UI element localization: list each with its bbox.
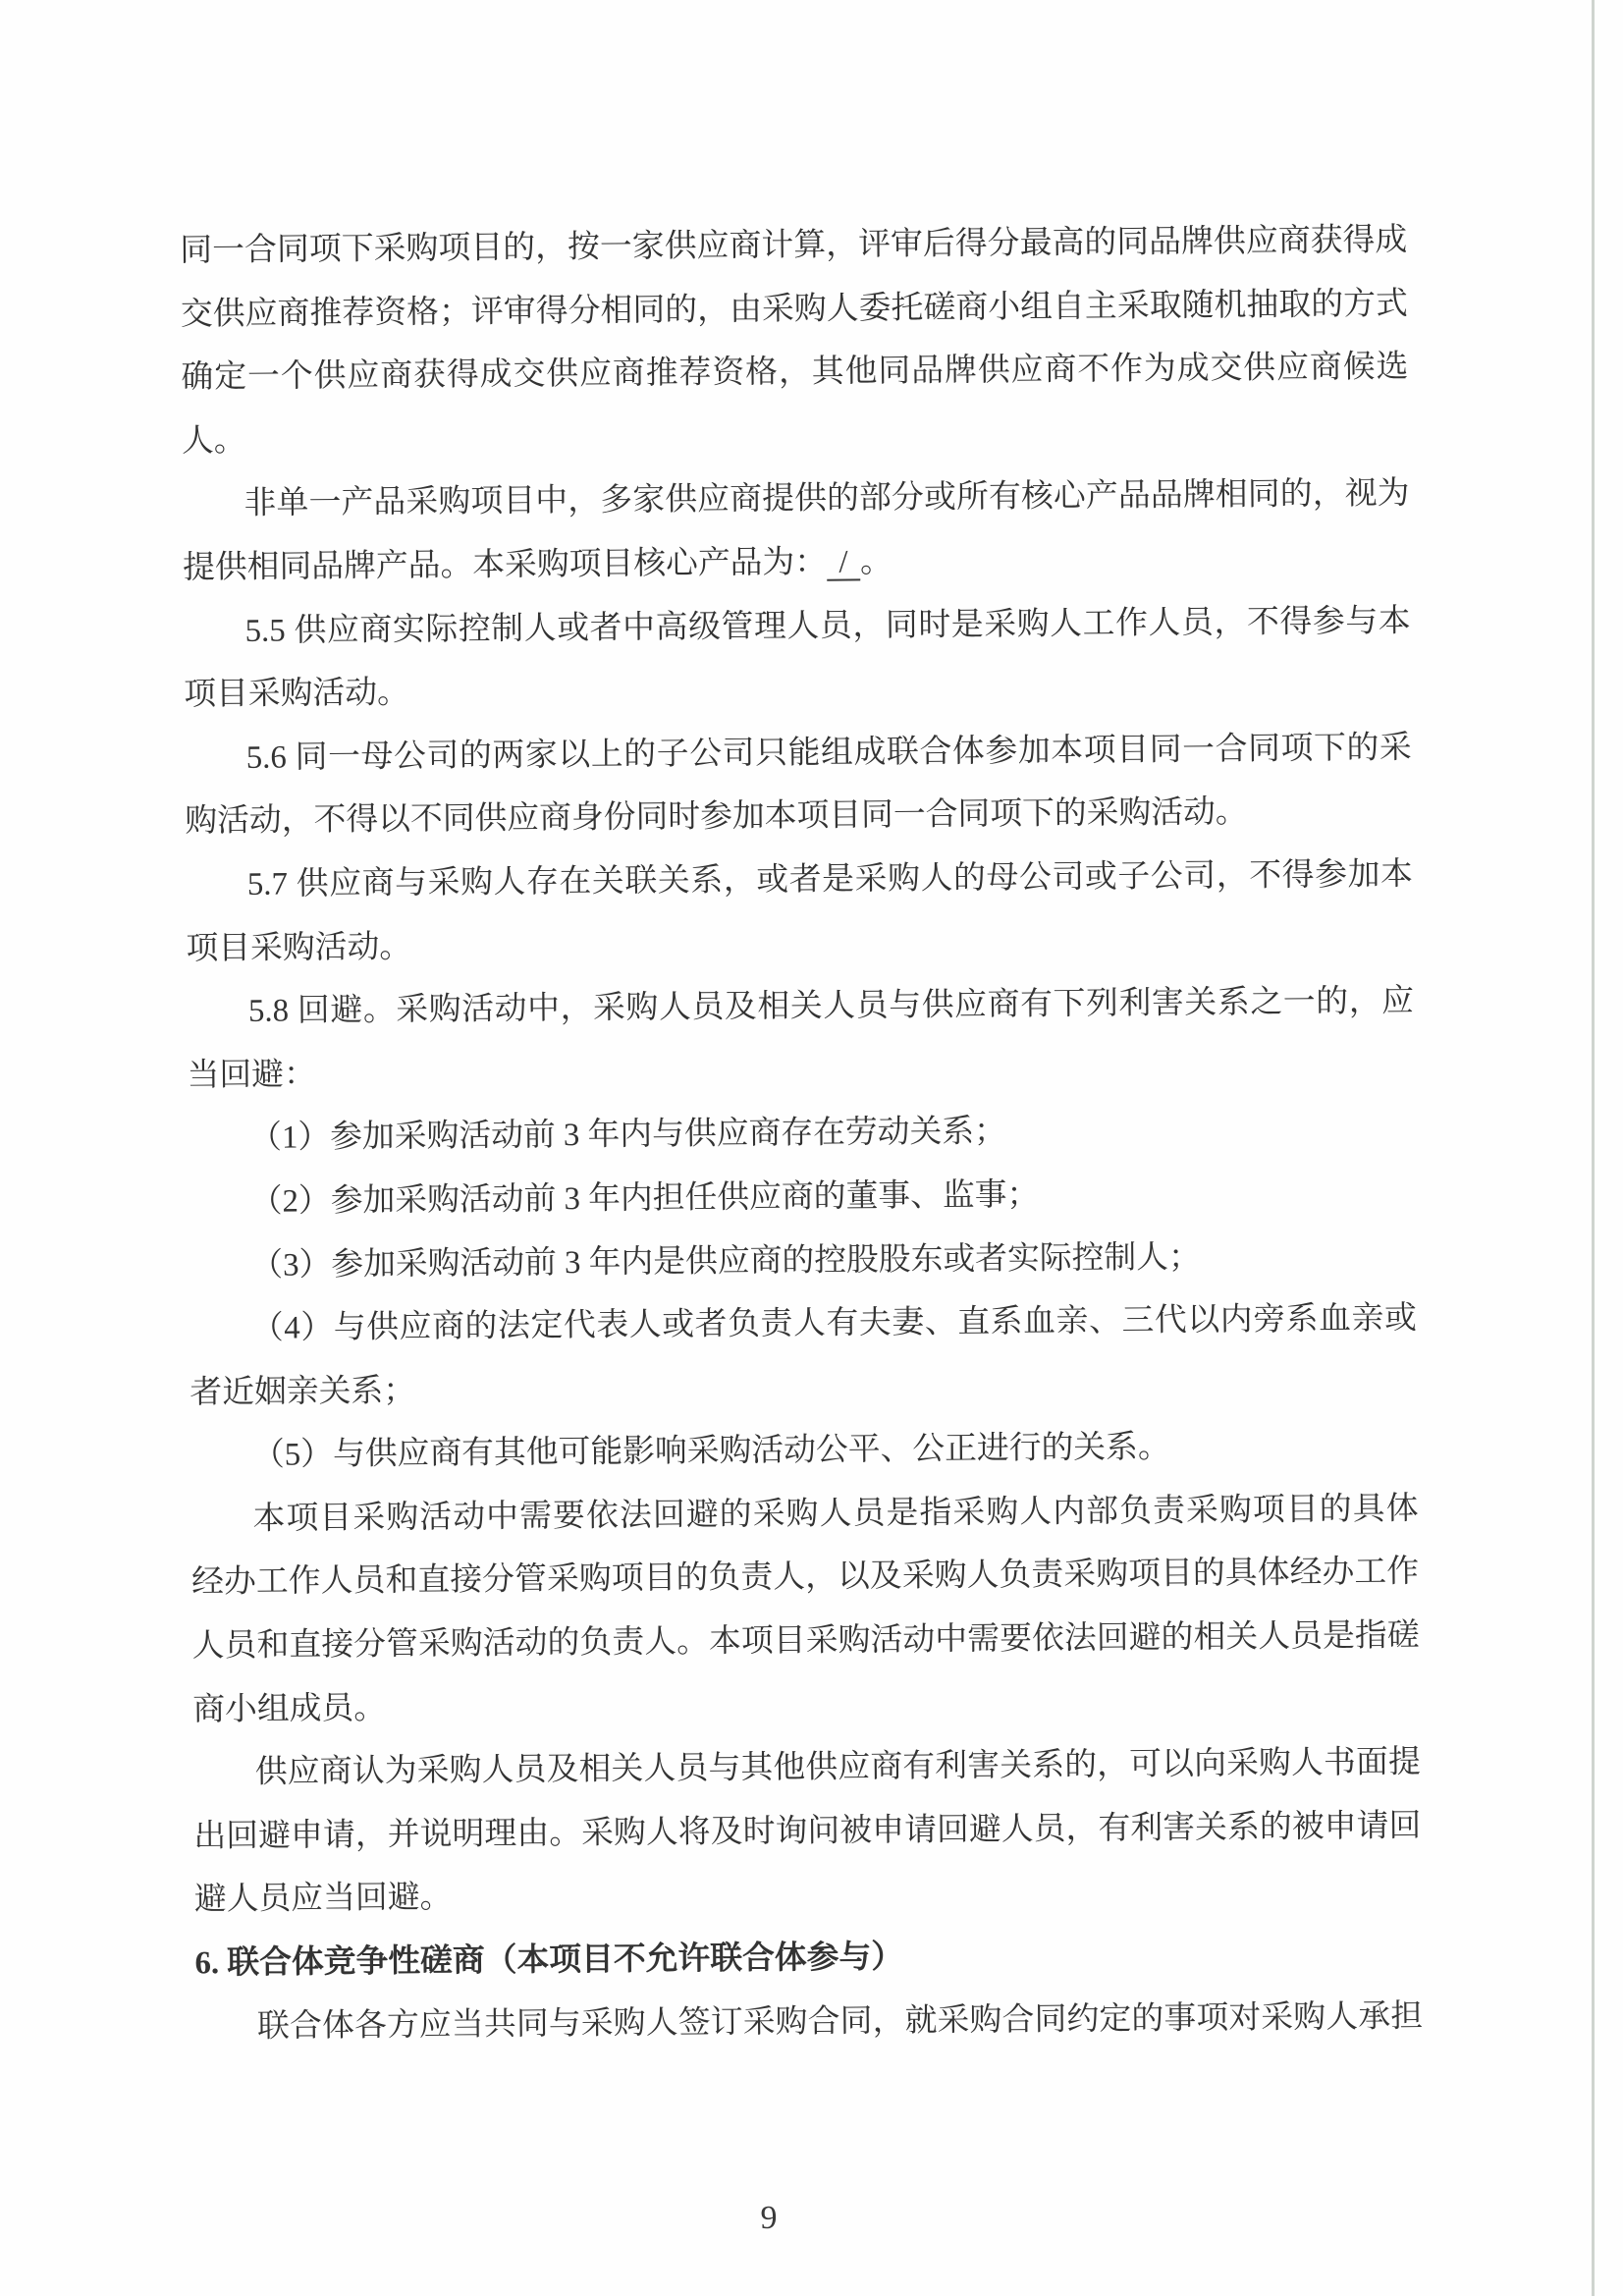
document-body: 同一合同项下采购项目的，按一家供应商计算，评审后得分最高的同品牌供应商获得成交供… [180,209,1423,2059]
item-recusal-2: （2）参加采购活动前 3 年内担任供应商的董事、监事； [188,1160,1416,1233]
core-product-blank-underline: / [827,545,860,581]
para-same-brand-continuation: 同一合同项下采购项目的，按一家供应商计算，评审后得分最高的同品牌供应商获得成交供… [180,209,1409,473]
text-line: 6. 联合体竞争性磋商（本项目不允许联合体参与） [194,1922,1423,1995]
text-line: 当回避： [187,1033,1415,1107]
para-non-single-product: 非单一产品采购项目中，多家供应商提供的部分或所有核心产品品牌相同的，视为提供相同… [182,463,1410,600]
item-recusal-1: （1）参加采购活动前 3 年内与供应商存在劳动关系； [188,1097,1416,1171]
text-line: 项目采购活动。 [186,906,1414,980]
text-line: 项目采购活动。 [184,653,1412,727]
item-recusal-5: （5）与供应商有其他可能影响采购活动公平、公正进行的关系。 [190,1414,1419,1488]
para-recusal-application: 供应商认为采购人员及相关人员与其他供应商有利害关系的，可以向采购人书面提出回避申… [193,1731,1423,1933]
text-line: 本项目采购活动中需要依法回避的采购人员是指采购人内部负责采购项目的具体 [190,1477,1419,1551]
text-line: 购活动，不得以不同供应商身份同时参加本项目同一合同项下的采购活动。 [185,780,1413,853]
text-line: 非单一产品采购项目中，多家供应商提供的部分或所有核心产品品牌相同的，视为 [182,463,1410,536]
text-line: 交供应商推荐资格；评审得分相同的，由采购人委托磋商小组自主采取随机抽取的方式 [181,272,1409,346]
text-line: 确定一个供应商获得成交供应商推荐资格，其他同品牌供应商不作为成交供应商候选 [181,336,1409,410]
text-line: （2）参加采购活动前 3 年内担任供应商的董事、监事； [188,1160,1416,1233]
text-line: 商小组成员。 [192,1667,1421,1741]
item-recusal-3: （3）参加采购活动前 3 年内是供应商的控股股东或者实际控制人； [189,1224,1417,1297]
item-recusal-4: （4）与供应商的法定代表人或者负责人有夫妻、直系血亲、三代以内旁系血亲或者近姻亲… [189,1287,1418,1425]
scan-edge-line [1592,0,1595,2296]
text-line: 5.5 供应商实际控制人或者中高级管理人员，同时是采购人工作人员，不得参与本 [183,589,1411,663]
text-line: 5.8 回避。采购活动中，采购人员及相关人员与供应商有下列利害关系之一的，应 [187,970,1415,1044]
para-5-7-affiliation: 5.7 供应商与采购人存在关联关系，或者是采购人的母公司或子公司，不得参加本项目… [186,843,1414,980]
text-line: 供应商认为采购人员及相关人员与其他供应商有利害关系的，可以向采购人书面提 [193,1731,1422,1805]
text-line: 5.7 供应商与采购人存在关联关系，或者是采购人的母公司或子公司，不得参加本 [186,843,1414,916]
heading-6-consortium: 6. 联合体竞争性磋商（本项目不允许联合体参与） [194,1922,1423,1995]
text-line: 人。 [182,399,1410,472]
text-line: 提供相同品牌产品。本采购项目核心产品为：/。 [183,526,1411,600]
page-number: 9 [0,2200,1538,2237]
text-line: （4）与供应商的法定代表人或者负责人有夫妻、直系血亲、三代以内旁系血亲或 [189,1287,1418,1361]
para-consortium-obligation: 联合体各方应当共同与采购人签订采购合同，就采购合同约定的事项对采购人承担 [195,1985,1424,2058]
para-5-5-supplier-controller: 5.5 供应商实际控制人或者中高级管理人员，同时是采购人工作人员，不得参与本项目… [183,589,1411,727]
text-line: 出回避申请，并说明理由。采购人将及时询问被申请回避人员，有利害关系的被申请回 [193,1794,1422,1868]
text-segment: 提供相同品牌产品。本采购项目核心产品为： [183,545,827,586]
para-5-6-subsidiaries: 5.6 同一母公司的两家以上的子公司只能组成联合体参加本项目同一合同项下的采购活… [185,716,1413,853]
text-line: 同一合同项下采购项目的，按一家供应商计算，评审后得分最高的同品牌供应商获得成 [180,209,1408,283]
text-line: 人员和直接分管采购活动的负责人。本项目采购活动中需要依法回避的相关人员是指磋 [191,1605,1420,1678]
text-line: 经办工作人员和直接分管采购项目的负责人，以及采购人负责采购项目的具体经办工作 [191,1541,1420,1614]
text-line: 5.6 同一母公司的两家以上的子公司只能组成联合体参加本项目同一合同项下的采 [185,716,1413,790]
text-line: （5）与供应商有其他可能影响采购活动公平、公正进行的关系。 [190,1414,1419,1488]
text-line: 者近姻亲关系； [189,1350,1418,1424]
text-line: （3）参加采购活动前 3 年内是供应商的控股股东或者实际控制人； [189,1224,1417,1297]
text-line: 避人员应当回避。 [194,1858,1423,1932]
text-line: （1）参加采购活动前 3 年内与供应商存在劳动关系； [188,1097,1416,1171]
para-recusal-scope: 本项目采购活动中需要依法回避的采购人员是指采购人内部负责采购项目的具体经办工作人… [190,1477,1420,1741]
para-5-8-recusal: 5.8 回避。采购活动中，采购人员及相关人员与供应商有下列利害关系之一的，应当回… [187,970,1415,1108]
text-segment: 。 [860,544,893,579]
text-line: 联合体各方应当共同与采购人签订采购合同，就采购合同约定的事项对采购人承担 [195,1985,1424,2058]
document-page: 同一合同项下采购项目的，按一家供应商计算，评审后得分最高的同品牌供应商获得成交供… [0,0,1623,2296]
